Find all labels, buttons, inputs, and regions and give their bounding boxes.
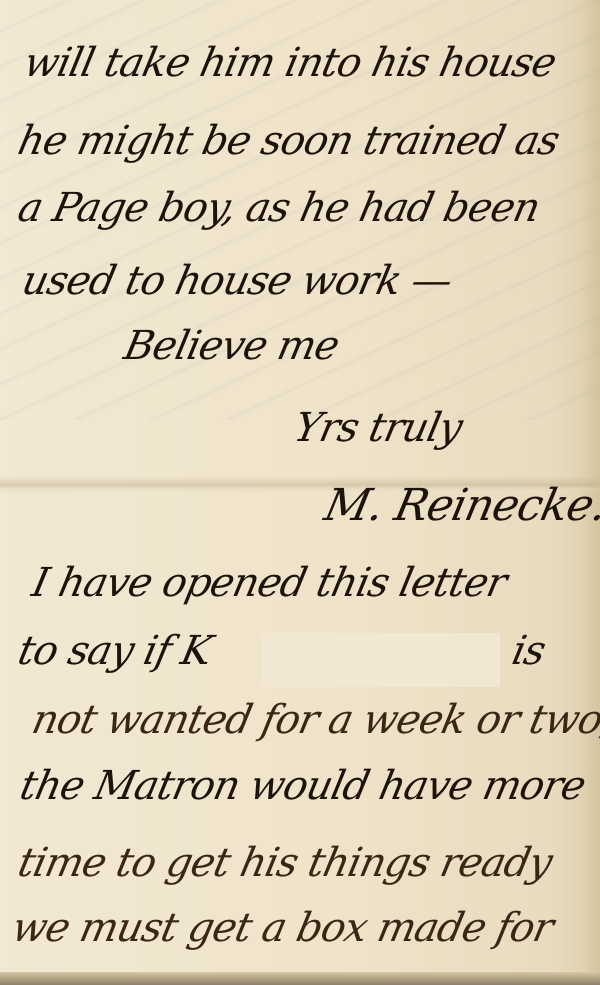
postscript-line-4: the Matron would have more (16, 763, 589, 809)
letter-valediction: Yrs truly (290, 405, 466, 451)
postscript-line-5: time to get his things ready (14, 840, 556, 886)
postscript-line-1: I have opened this letter (28, 560, 510, 606)
postscript-line-3: not wanted for a week or two, (28, 697, 600, 743)
letter-page: will take him into his house he might be… (0, 0, 600, 985)
paper-bottom-edge (0, 972, 600, 985)
letter-closing: Believe me (120, 323, 343, 369)
letter-line-2: he might be soon trained as (14, 118, 563, 164)
letter-line-3: a Page boy, as he had been (14, 185, 544, 231)
letter-line-1: will take him into his house (20, 40, 560, 86)
redacted-name-patch (262, 633, 500, 687)
letter-line-4: used to house work — (18, 258, 456, 304)
letter-signature: M. Reinecke. (320, 480, 600, 531)
postscript-line-6: we must get a box made for (8, 905, 557, 951)
postscript-line-2-end: is (508, 628, 549, 674)
postscript-line-2: to say if K (14, 628, 216, 674)
